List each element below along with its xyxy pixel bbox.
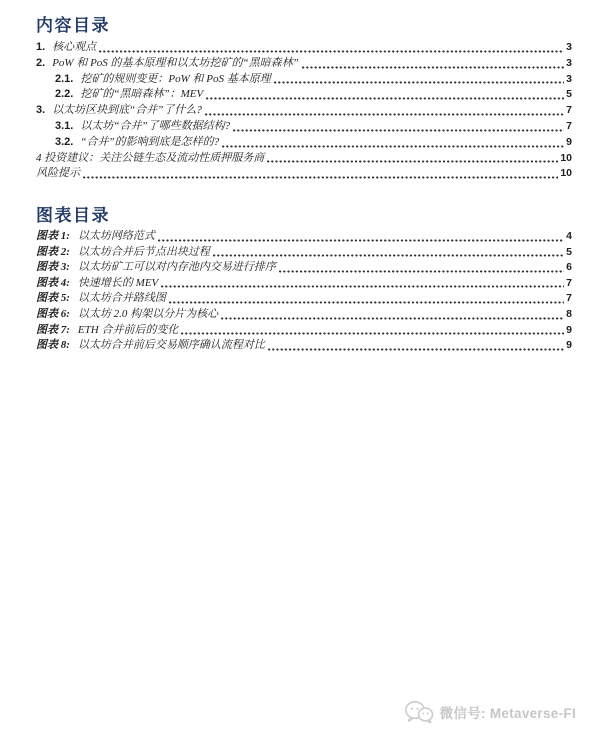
dot-leader [158, 239, 564, 242]
dot-leader [181, 332, 564, 335]
toc-entry-number: 1. [36, 40, 45, 56]
toc-entry: 图表 1: 以太坊网络范式 4 [36, 229, 572, 245]
toc-entry-number: 3.1. [55, 119, 73, 135]
toc-entry: 图表 2: 以太坊合并后节点出块过程 5 [36, 245, 572, 261]
toc-entry-page-number: 7 [566, 291, 572, 307]
document-page: 内容目录 1. 核心观点 3 2. PoW 和 PoS 的基本原理和以太坊挖矿的… [0, 0, 600, 737]
toc-entry-title: 核心观点 [52, 40, 96, 56]
dot-leader [99, 50, 564, 53]
dot-leader [169, 301, 564, 304]
dot-leader [222, 145, 564, 148]
toc-entry: 3. 以太坊区块到底“合并”了什么? 7 [36, 103, 572, 119]
toc-entry: 图表 5: 以太坊合并路线图 7 [36, 291, 572, 307]
toc-entry: 2. PoW 和 PoS 的基本原理和以太坊挖矿的“黑暗森林” 3 [36, 56, 572, 72]
dot-leader [302, 66, 564, 69]
dot-leader [206, 97, 564, 100]
toc-entry-number: 2.2. [55, 87, 73, 103]
toc-entry-title: 4 投资建议：关注公链生态及流动性质押服务商 [36, 151, 264, 167]
toc-entry-number: 图表 5: [36, 291, 70, 307]
toc-entry-title: 快速增长的 MEV [78, 276, 158, 292]
toc-entry-title: ETH 合并前后的变化 [78, 323, 179, 339]
toc-entry-title: 风险提示 [36, 166, 80, 182]
toc-entry-page-number: 10 [560, 166, 572, 182]
content-toc-heading: 内容目录 [36, 11, 110, 36]
toc-entry-page-number: 9 [566, 338, 572, 354]
wechat-icon [404, 700, 434, 724]
toc-entry: 4 投资建议：关注公链生态及流动性质押服务商 10 [36, 151, 572, 167]
toc-entry-page-number: 4 [566, 229, 572, 245]
dot-leader [268, 348, 564, 351]
toc-entry-title: 以太坊合并后节点出块过程 [78, 245, 210, 261]
figure-toc-heading: 图表目录 [36, 201, 110, 226]
toc-entry-page-number: 7 [566, 119, 572, 135]
dot-leader [279, 270, 564, 273]
toc-entry-page-number: 5 [566, 87, 572, 103]
dot-leader [267, 160, 558, 163]
toc-entry-title: 挖矿的规则变更：PoW 和 PoS 基本原理 [80, 72, 270, 88]
toc-entry: 2.1. 挖矿的规则变更：PoW 和 PoS 基本原理 3 [36, 72, 572, 88]
toc-entry-number: 图表 3: [36, 260, 70, 276]
toc-entry-number: 2. [36, 56, 45, 72]
toc-entry-page-number: 3 [566, 40, 572, 56]
toc-entry-title: 以太坊合并路线图 [78, 291, 166, 307]
figure-toc-list: 图表 1: 以太坊网络范式 4 图表 2: 以太坊合并后节点出块过程 5 图表 … [36, 229, 572, 354]
dot-leader [83, 176, 558, 179]
toc-entry-title: 以太坊矿工可以对内存池内交易进行排序 [78, 260, 276, 276]
toc-entry-number: 图表 7: [36, 323, 70, 339]
toc-entry-number: 3. [36, 103, 45, 119]
toc-entry-title: 挖矿的“黑暗森林”：MEV [80, 87, 203, 103]
toc-entry: 图表 3: 以太坊矿工可以对内存池内交易进行排序 6 [36, 260, 572, 276]
toc-entry-page-number: 3 [566, 56, 572, 72]
toc-entry-number: 图表 8: [36, 338, 70, 354]
toc-entry-title: 以太坊网络范式 [78, 229, 155, 245]
toc-entry: 图表 7: ETH 合并前后的变化 9 [36, 323, 572, 339]
toc-entry-number: 图表 6: [36, 307, 70, 323]
dot-leader [274, 81, 564, 84]
toc-entry-number: 2.1. [55, 72, 73, 88]
wechat-watermark: 微信号: Metaverse-FI [404, 700, 576, 724]
toc-entry-page-number: 8 [566, 307, 572, 323]
content-toc-list: 1. 核心观点 3 2. PoW 和 PoS 的基本原理和以太坊挖矿的“黑暗森林… [36, 40, 572, 182]
toc-entry: 1. 核心观点 3 [36, 40, 572, 56]
toc-entry-page-number: 7 [566, 276, 572, 292]
dot-leader [213, 254, 564, 257]
toc-entry: 图表 6: 以太坊 2.0 构架以分片为核心 8 [36, 307, 572, 323]
toc-entry: 图表 4: 快速增长的 MEV 7 [36, 276, 572, 292]
wechat-label: 微信号: Metaverse-FI [440, 702, 576, 722]
toc-entry-title: 以太坊“合并”了哪些数据结构? [80, 119, 230, 135]
toc-entry-page-number: 7 [566, 103, 572, 119]
toc-entry-title: “合并”的影响到底是怎样的? [80, 135, 219, 151]
toc-entry: 图表 8: 以太坊合并前后交易顺序确认流程对比 9 [36, 338, 572, 354]
dot-leader [161, 285, 564, 288]
toc-entry-title: 以太坊区块到底“合并”了什么? [52, 103, 202, 119]
toc-entry-page-number: 3 [566, 72, 572, 88]
toc-entry: 2.2. 挖矿的“黑暗森林”：MEV 5 [36, 87, 572, 103]
toc-entry: 3.1. 以太坊“合并”了哪些数据结构? 7 [36, 119, 572, 135]
toc-entry-title: 以太坊 2.0 构架以分片为核心 [78, 307, 218, 323]
toc-entry-page-number: 9 [566, 323, 572, 339]
toc-entry-title: 以太坊合并前后交易顺序确认流程对比 [78, 338, 265, 354]
dot-leader [205, 113, 564, 116]
toc-entry: 风险提示 10 [36, 166, 572, 182]
dot-leader [233, 129, 564, 132]
toc-entry-title: PoW 和 PoS 的基本原理和以太坊挖矿的“黑暗森林” [52, 56, 299, 72]
toc-entry-number: 图表 1: [36, 229, 70, 245]
toc-entry-number: 图表 2: [36, 245, 70, 261]
dot-leader [221, 317, 564, 320]
toc-entry: 3.2. “合并”的影响到底是怎样的? 9 [36, 135, 572, 151]
toc-entry-page-number: 9 [566, 135, 572, 151]
toc-entry-page-number: 5 [566, 245, 572, 261]
toc-entry-number: 图表 4: [36, 276, 70, 292]
toc-entry-page-number: 10 [560, 151, 572, 167]
toc-entry-page-number: 6 [566, 260, 572, 276]
toc-entry-number: 3.2. [55, 135, 73, 151]
